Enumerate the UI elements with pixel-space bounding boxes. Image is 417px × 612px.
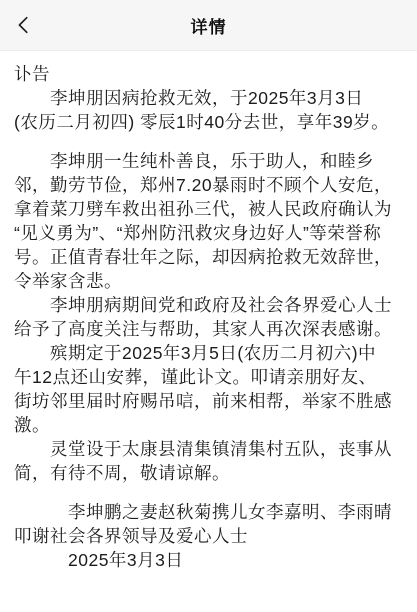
navbar: 详情 [0, 0, 417, 51]
obituary-line: 李坤朋因病抢救无效，于2025年3月3日 [14, 86, 403, 110]
obituary-line: “见义勇为”、“郑州防汛救灾身边好人”等荣誉称 [14, 221, 403, 245]
obituary-line: 殡期定于2025年3月5日(农历二月初六)中 [14, 341, 403, 365]
obituary-line: 令举家含悲。 [14, 269, 403, 293]
obituary-line: 李坤朋一生纯朴善良，乐于助人，和睦乡 [14, 149, 403, 173]
obituary-line: 号。正值青春壮年之际，却因病抢救无效辞世， [14, 245, 403, 269]
paragraph-gap [14, 134, 403, 149]
obituary-line: 拿着菜刀劈车救出祖孙三代，被人民政府确认为 [14, 197, 403, 221]
obituary-line: 李坤朋病期间党和政府及社会各界爱心人士 [14, 293, 403, 317]
chevron-left-icon [13, 14, 35, 36]
obituary-line: 叩谢社会各界领导及爱心人士 [14, 524, 403, 548]
obituary-line: 简，有待不周，敬请谅解。 [14, 461, 403, 485]
obituary-line: 激。 [14, 413, 403, 437]
obituary-body: 讣告 李坤朋因病抢救无效，于2025年3月3日(农历二月初四) 零辰1时40分去… [14, 62, 403, 572]
obituary-line: 讣告 [14, 62, 403, 86]
page-title: 详情 [191, 13, 227, 38]
obituary-line: (农历二月初四) 零辰1时40分去世，享年39岁。 [14, 110, 403, 134]
obituary-line: 午12点还山安葬，谨此讣文。叩请亲朋好友、 [14, 365, 403, 389]
obituary-line: 李坤鹏之妻赵秋菊携儿女李嘉明、李雨晴 [14, 500, 403, 524]
obituary-line: 邻，勤劳节俭，郑州7.20暴雨时不顾个人安危， [14, 173, 403, 197]
paragraph-gap [14, 485, 403, 500]
obituary-line: 2025年3月3日 [14, 548, 403, 572]
obituary-line: 给予了高度关注与帮助，其家人再次深表感谢。 [14, 317, 403, 341]
obituary-line: 灵堂设于太康县清集镇清集村五队，丧事从 [14, 437, 403, 461]
obituary-content: 讣告 李坤朋因病抢救无效，于2025年3月3日(农历二月初四) 零辰1时40分去… [0, 51, 417, 572]
back-button[interactable] [4, 0, 44, 50]
obituary-line: 街坊邻里届时府赐吊唁，前来相帮，举家不胜感 [14, 389, 403, 413]
